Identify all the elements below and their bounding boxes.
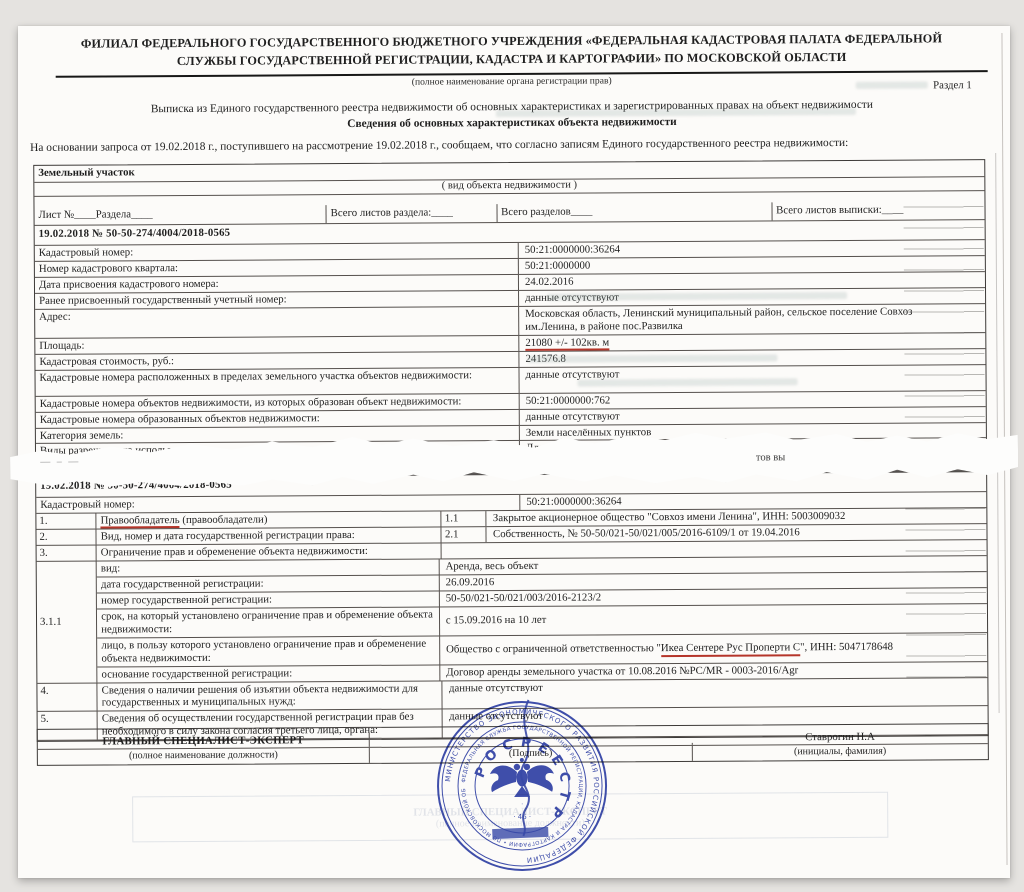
row-number: 3.: [37, 545, 97, 560]
row-label: Дата присвоения кадастрового номера:: [35, 275, 519, 293]
tenant-value: Общество с ограниченной ответственностью…: [446, 641, 893, 657]
official-stamp: МИНИСТЕРСТВО ЭКОНОМИЧЕСКОГО РАЗВИТИЯ РОС…: [434, 697, 611, 874]
page-edge-artifact: [905, 495, 986, 691]
section1-table: Земельный участок ( вид объекта недвижим…: [33, 159, 987, 477]
bleedthrough-artifact: [578, 378, 798, 386]
sheet-cell: Лист №____Раздела____: [34, 205, 326, 225]
document-sheet: ФИЛИАЛ ФЕДЕРАЛЬНОГО ГОСУДАРСТВЕННОГО БЮД…: [18, 26, 1010, 878]
row-label: вид:: [97, 559, 440, 576]
row-label: Ранее присвоенный государственный учетны…: [35, 291, 519, 309]
row-number: 1.: [36, 514, 96, 529]
page-edge-artifact: [903, 193, 984, 425]
restriction-block: 3.1.1 вид: Аренда, весь объект дата госу…: [37, 556, 988, 684]
area-value-red-underline: 21080 +/- 102кв. м: [525, 336, 609, 351]
rightsholder-red-underline: Правообладатель: [101, 514, 180, 529]
row-number: 3.1.1: [37, 561, 98, 682]
row-subnumber: 2.1: [442, 527, 487, 542]
row-label: дата государственной регистрации:: [97, 575, 440, 592]
row-number: 2.: [36, 529, 96, 544]
row-subnumber: 1.1: [442, 511, 487, 526]
row-label: Номер кадастрового квартала:: [35, 259, 519, 277]
row-label: Категория земель:: [36, 425, 520, 443]
row-label: Вид, номер и дата государственной регист…: [97, 527, 442, 544]
row-label: Кадастровый номер:: [35, 243, 519, 261]
row-label: Кадастровая стоимость, руб.:: [35, 352, 519, 370]
row-label: Кадастровые номера объектов недвижимости…: [36, 394, 520, 412]
row-label: Сведения о наличии решения об изъятии об…: [98, 681, 443, 711]
signatory-name: Ставрогин Н.А: [692, 729, 988, 745]
document-content: ФИЛИАЛ ФЕДЕРАЛЬНОГО ГОСУДАРСТВЕННОГО БЮД…: [15, 23, 1012, 881]
stamp-number: · 46 ·: [513, 813, 531, 821]
sheet-cell: Всего листов раздела:____: [327, 204, 498, 223]
position-caption: (полное наименование должности): [38, 748, 370, 765]
row-label: лицо, в пользу которого установлено огра…: [97, 636, 440, 666]
row-label: Кадастровый номер:: [36, 495, 520, 513]
row-label: Кадастровые номера образованных объектов…: [36, 410, 520, 428]
row-label: Правообладатель (правообладатели): [97, 511, 442, 528]
org-name: ФИЛИАЛ ФЕДЕРАЛЬНОГО ГОСУДАРСТВЕННОГО БЮД…: [61, 29, 961, 71]
intro-text: На основании запроса от 19.02.2018 г., п…: [30, 136, 994, 154]
torn-smudge: — – —: [40, 457, 80, 468]
section-label: Раздел 1: [933, 79, 972, 91]
row-label: Площадь:: [35, 336, 519, 354]
row-label: Кадастровые номера расположенных в преде…: [35, 368, 519, 396]
signatory-position: ГЛАВНЫЙ СПЕЦИАЛИСТ-ЭКСПЕРТ: [38, 733, 370, 749]
name-caption: (инициалы, фамилия): [692, 744, 988, 761]
tenant-red-underline: Икеа Сентере Рус Проперти С: [661, 641, 800, 656]
row-label: Ограничение прав и обременение объекта н…: [97, 543, 442, 560]
row-label-rest: (правообладатели): [180, 513, 268, 526]
page-edge-line: [995, 153, 999, 713]
row-number: 4.: [37, 683, 97, 711]
stamp-dot: ·: [521, 801, 523, 808]
row-label: Адрес:: [35, 307, 519, 338]
row-label: основание государственной регистрации:: [97, 665, 440, 682]
row-label: срок, на который установлено ограничение…: [97, 607, 440, 637]
sheet-cell: Всего разделов____: [497, 202, 772, 222]
bleedthrough-artifact: [856, 81, 928, 88]
torn-text-fragment: тов вы: [756, 452, 785, 463]
row-label: номер государственной регистрации:: [97, 591, 440, 608]
